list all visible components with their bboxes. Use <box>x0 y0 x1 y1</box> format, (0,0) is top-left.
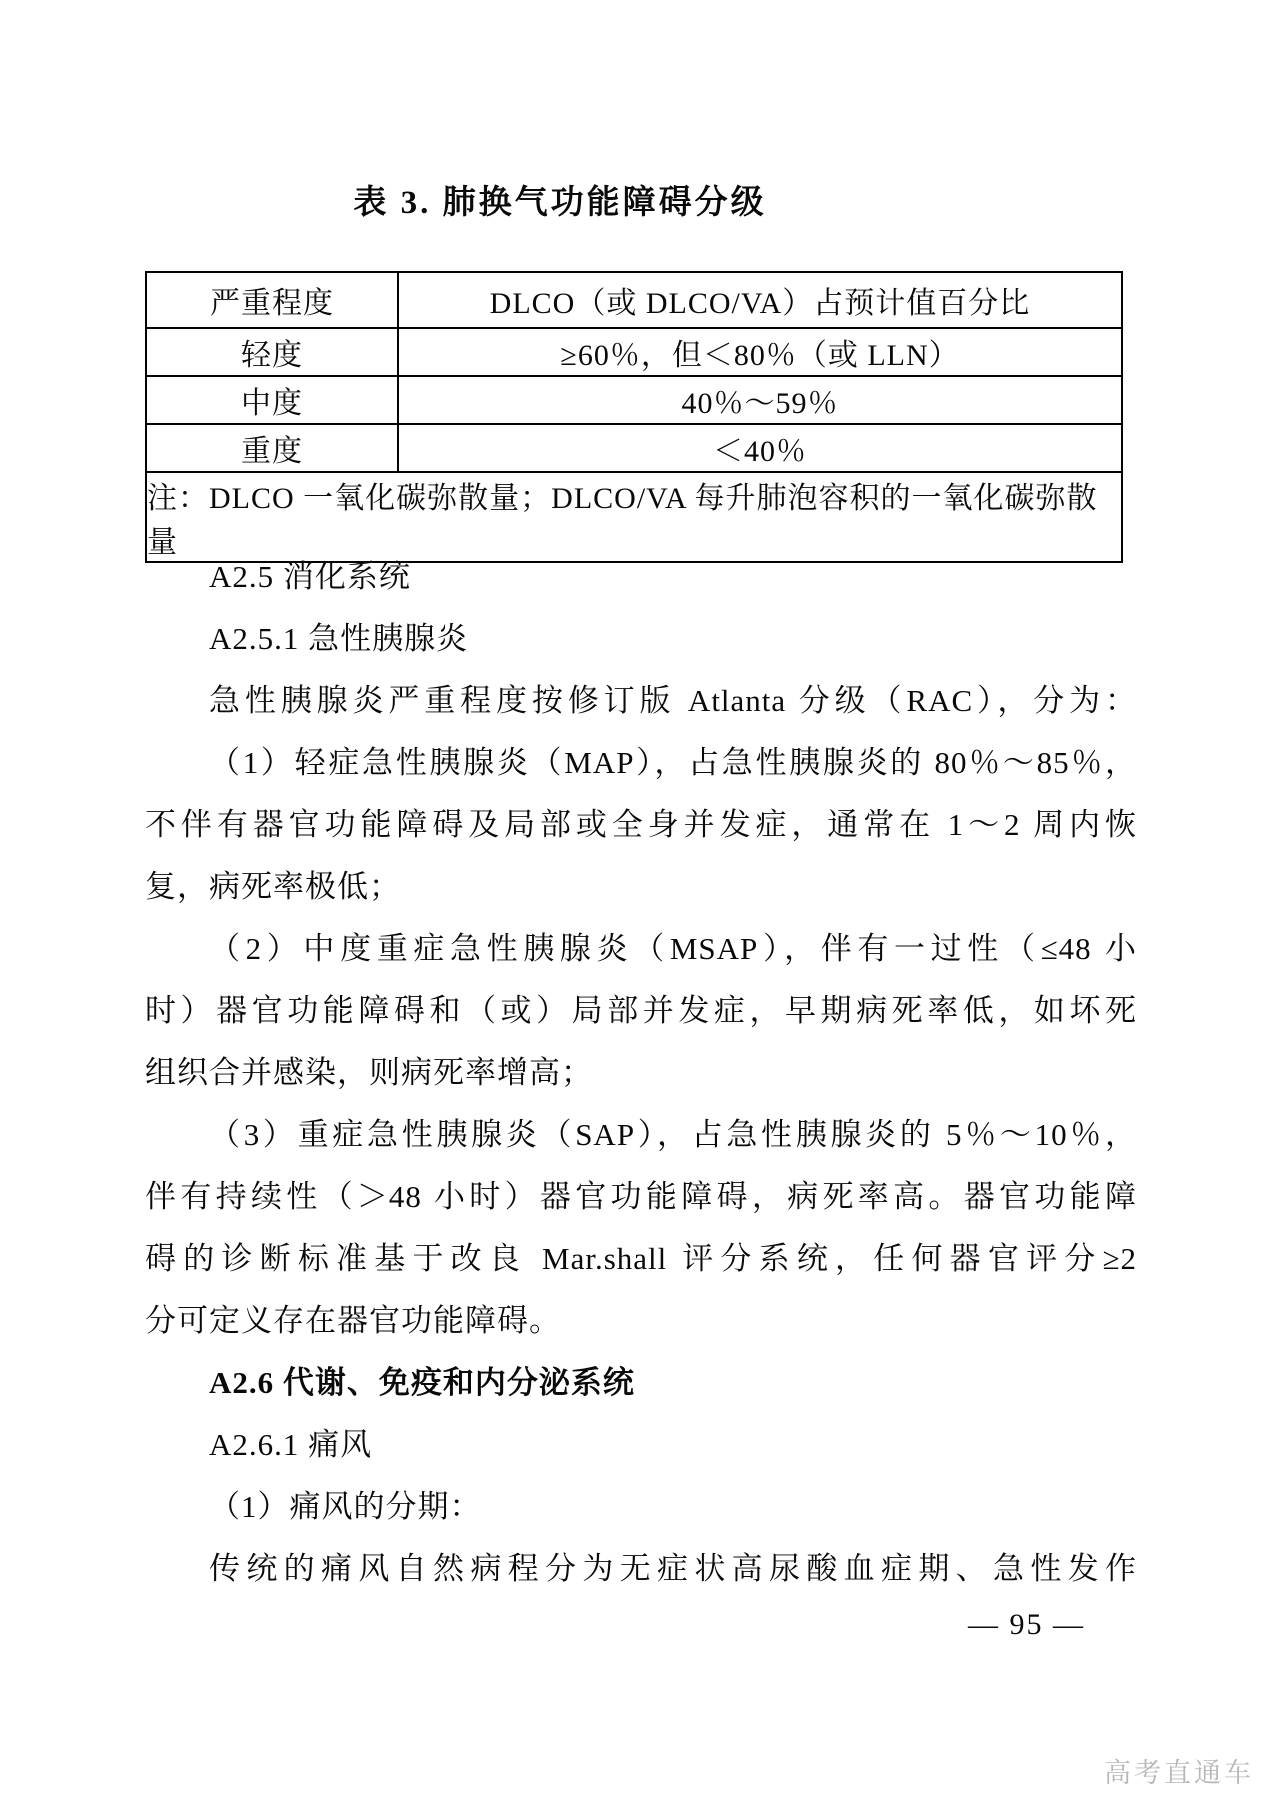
table-row: 重度＜40％ <box>146 424 1122 472</box>
body-line: 碍的诊断标准基于改良 Mar.shall 评分系统，任何器官评分≥2 <box>145 1228 1137 1290</box>
body-line: 组织合并感染，则病死率增高； <box>145 1042 1137 1104</box>
body-line: 急性胰腺炎严重程度按修订版 Atlanta 分级（RAC），分为： <box>145 670 1137 732</box>
page-number: — 95 — <box>145 1608 1085 1642</box>
body-text: A2.5 消化系统A2.5.1 急性胰腺炎急性胰腺炎严重程度按修订版 Atlan… <box>145 546 1137 1600</box>
grading-table-wrapper: 严重程度 DLCO（或 DLCO/VA）占预计值百分比 轻度≥60％，但＜80％… <box>145 271 1123 563</box>
table-cell-severity: 轻度 <box>146 328 398 376</box>
body-line: 复，病死率极低； <box>145 856 1137 918</box>
body-line: 传统的痛风自然病程分为无症状高尿酸血症期、急性发作 <box>145 1538 1137 1600</box>
table-header-cell-severity: 严重程度 <box>146 272 398 328</box>
grading-table-body: 严重程度 DLCO（或 DLCO/VA）占预计值百分比 轻度≥60％，但＜80％… <box>146 272 1122 472</box>
body-line: 不伴有器官功能障碍及局部或全身并发症，通常在 1～2 周内恢 <box>145 794 1137 856</box>
body-line: 分可定义存在器官功能障碍。 <box>145 1290 1137 1352</box>
table-row: 轻度≥60％，但＜80％（或 LLN） <box>146 328 1122 376</box>
body-line: A2.5.1 急性胰腺炎 <box>145 608 1137 670</box>
body-line: 时）器官功能障碍和（或）局部并发症，早期病死率低，如坏死 <box>145 980 1137 1042</box>
body-line: A2.6.1 痛风 <box>145 1414 1137 1476</box>
table-header-cell-dlco: DLCO（或 DLCO/VA）占预计值百分比 <box>398 272 1122 328</box>
body-line: （3）重症急性胰腺炎（SAP），占急性胰腺炎的 5％～10％， <box>145 1104 1137 1166</box>
table-cell-severity: 中度 <box>146 376 398 424</box>
table-row: 中度40％～59％ <box>146 376 1122 424</box>
body-line: A2.5 消化系统 <box>145 546 1137 608</box>
table-cell-value: 40％～59％ <box>398 376 1122 424</box>
table-cell-value: ＜40％ <box>398 424 1122 472</box>
table-header-row: 严重程度 DLCO（或 DLCO/VA）占预计值百分比 <box>146 272 1122 328</box>
table-title: 表 3. 肺换气功能障碍分级 <box>0 176 1120 223</box>
table-cell-severity: 重度 <box>146 424 398 472</box>
table-cell-value: ≥60％，但＜80％（或 LLN） <box>398 328 1122 376</box>
grading-table: 严重程度 DLCO（或 DLCO/VA）占预计值百分比 轻度≥60％，但＜80％… <box>145 271 1123 563</box>
watermark: 高考直通车 <box>1104 1751 1254 1790</box>
body-line: （1）痛风的分期： <box>145 1476 1137 1538</box>
body-line: 伴有持续性（＞48 小时）器官功能障碍，病死率高。器官功能障 <box>145 1166 1137 1228</box>
document-page: 表 3. 肺换气功能障碍分级 严重程度 DLCO（或 DLCO/VA）占预计值百… <box>0 0 1280 1810</box>
body-line: （2）中度重症急性胰腺炎（MSAP），伴有一过性（≤48 小 <box>145 918 1137 980</box>
body-line: （1）轻症急性胰腺炎（MAP），占急性胰腺炎的 80％～85％， <box>145 732 1137 794</box>
body-line: A2.6 代谢、免疫和内分泌系统 <box>145 1352 1137 1414</box>
